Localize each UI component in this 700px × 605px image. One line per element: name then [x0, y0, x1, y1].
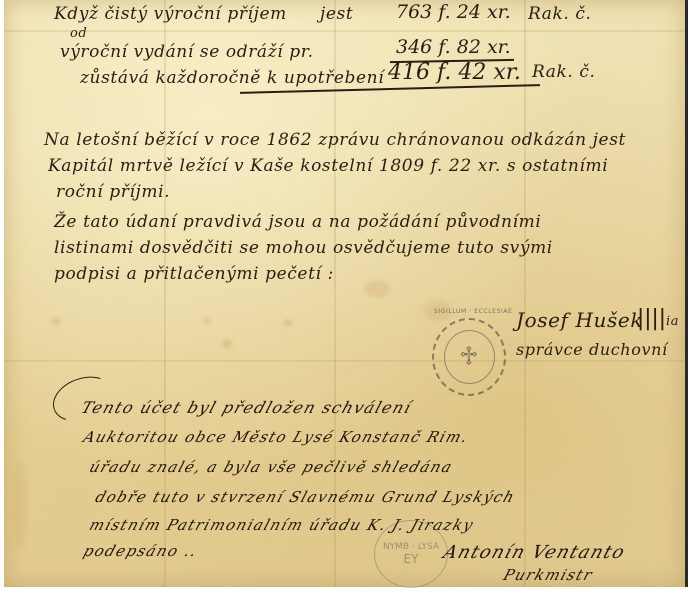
- account-line-3: zůstává každoročně k upotřebení: [80, 68, 384, 88]
- paper-fold: [524, 0, 526, 587]
- cursive-line: podepsáno ..: [81, 542, 200, 560]
- priest-title: správce duchovní: [516, 340, 668, 359]
- cursive-line: úřadu znalé, a byla vše pečlivě shledána: [87, 458, 455, 476]
- stain: [222, 340, 232, 348]
- signature-flourish: ||||: [634, 306, 663, 331]
- paragraph1-line: Kapitál mrtvě ležící v Kaše kostelní 180…: [48, 156, 608, 176]
- paragraph1-line: Na letošní běžící v roce 1862 zprávu chr…: [44, 130, 626, 150]
- stain: [12, 460, 28, 550]
- priest-signature: Josef Hušek: [516, 308, 643, 332]
- seal2-center: EY: [404, 552, 419, 566]
- cursive-line: Tento účet byl předložen schválení: [79, 398, 415, 417]
- currency-label: Rak. č.: [528, 4, 592, 24]
- mayor-signature: Antonín Ventanto: [441, 542, 629, 563]
- account-line-1: Když čistý výroční příjem: [54, 4, 287, 24]
- mayor-title: Purkmistr: [501, 566, 595, 584]
- saint-figure-icon: ♱: [459, 344, 479, 370]
- balance-amount: 416 f. 42 xr.: [388, 60, 521, 85]
- parish-seal: ♱: [432, 318, 506, 396]
- expense-amount: 346 f. 82 xr.: [396, 36, 511, 58]
- municipal-seal: NYMB · LYSA EY: [374, 520, 448, 588]
- stain: [204, 318, 211, 324]
- account-connector: jest: [320, 4, 353, 24]
- seal-inner-ring: ♱: [444, 330, 495, 384]
- cursive-line: dobře tuto v stvrzení Slavnému Grund Lys…: [93, 488, 518, 506]
- paper-fold: [4, 360, 685, 362]
- account-line-2: výroční vydání se odráží pr.: [60, 42, 314, 62]
- stain: [284, 320, 292, 326]
- currency-label: Rak. č.: [532, 62, 596, 82]
- paragraph1-line: roční příjmi.: [56, 182, 170, 202]
- signature-suffix: ia: [666, 314, 679, 329]
- cursive-line: Auktoritou obce Město Lysé Konstanč Rim.: [81, 428, 471, 446]
- seal-legend: SIGILLUM · ECCLESIAE: [434, 308, 512, 315]
- stain: [364, 280, 390, 298]
- seal2-legend: NYMB · LYSA: [383, 542, 439, 552]
- paragraph2-line: listinami dosvědčiti se mohou osvědčujem…: [54, 238, 553, 258]
- account-prefix: od: [70, 26, 87, 41]
- document-sheet: od Když čistý výroční příjem jest 763 f.…: [4, 0, 688, 587]
- stain: [52, 318, 60, 325]
- paragraph2-line: podpisi a přitlačenými pečetí :: [54, 264, 334, 284]
- paper-fold: [4, 30, 685, 32]
- paragraph2-line: Že tato údaní pravdivá jsou a na požádán…: [54, 212, 541, 232]
- income-amount: 763 f. 24 xr.: [396, 1, 511, 23]
